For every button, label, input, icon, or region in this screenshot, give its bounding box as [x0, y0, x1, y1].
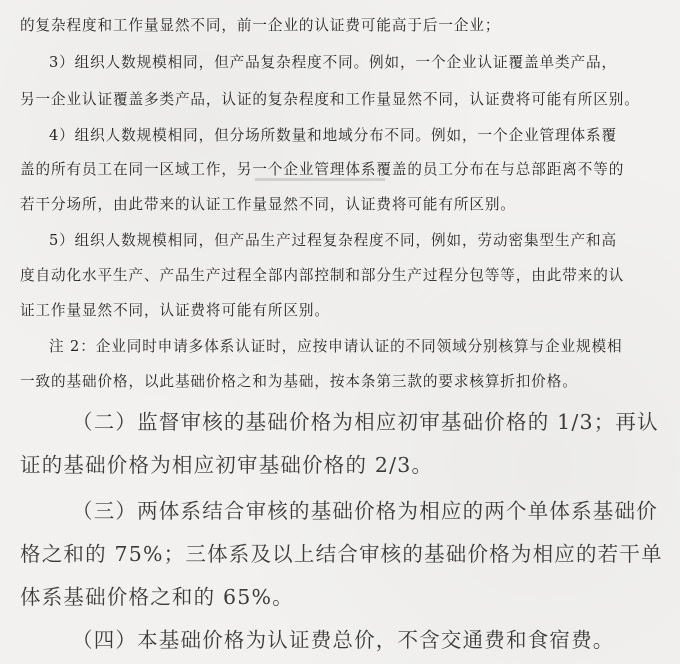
- scan-smudge: [255, 178, 385, 181]
- text-line: 证工作量显然不同，认证费将可能有所区别。: [20, 299, 330, 320]
- list-item-5: 5）组织人数规模相同，但产品生产过程复杂程度不同，例如，劳动密集型生产和高: [49, 229, 617, 250]
- text-line: 另一企业认证覆盖多类产品，认证的复杂程度和工作量显然不同，认证费将可能有所区别。: [20, 88, 640, 109]
- text-line: 体系基础价格之和的 65%。: [20, 580, 294, 610]
- clause-4: （四）本基础价格为认证费总价，不含交通费和食宿费。: [72, 623, 615, 653]
- note-2: 注 2：企业同时申请多体系认证时，应按申请认证的不同领域分别核算与企业规模相: [49, 335, 623, 356]
- list-item-3: 3）组织人数规模相同，但产品复杂程度不同。例如，一个企业认证覆盖单类产品，: [49, 51, 617, 72]
- text-line: 一致的基础价格，以此基础价格之和为基础，按本条第三款的要求核算折扣价格。: [20, 370, 578, 391]
- text-line: 盖的所有员工在同一区域工作，另一个企业管理体系覆盖的员工分布在与总部距离不等的: [20, 158, 624, 179]
- clause-3: （三）两体系结合审核的基础价格为相应的两个单体系基础价: [72, 494, 658, 524]
- list-item-4: 4）组织人数规模相同，但分场所数量和地域分布不同。例如，一个企业管理体系覆: [49, 124, 617, 145]
- scanned-document-page: 的复杂程度和工作量显然不同，前一企业的认证费可能高于后一企业； 3）组织人数规模…: [0, 0, 680, 664]
- text-line: 证的基础价格为相应初审基础价格的 2/3。: [20, 448, 433, 478]
- text-line: 的复杂程度和工作量显然不同，前一企业的认证费可能高于后一企业；: [20, 14, 500, 35]
- text-line: 度自动化水平生产、产品生产过程全部内部控制和部分生产过程分包等等，由此带来的认: [20, 264, 624, 285]
- clause-2: （二）监督审核的基础价格为相应初审基础价格的 1/3；再认: [72, 405, 659, 435]
- text-line: 若干分场所，由此带来的认证工作量显然不同，认证费将可能有所区别。: [20, 193, 516, 214]
- text-line: 格之和的 75%；三体系及以上结合审核的基础价格为相应的若干单: [20, 537, 663, 567]
